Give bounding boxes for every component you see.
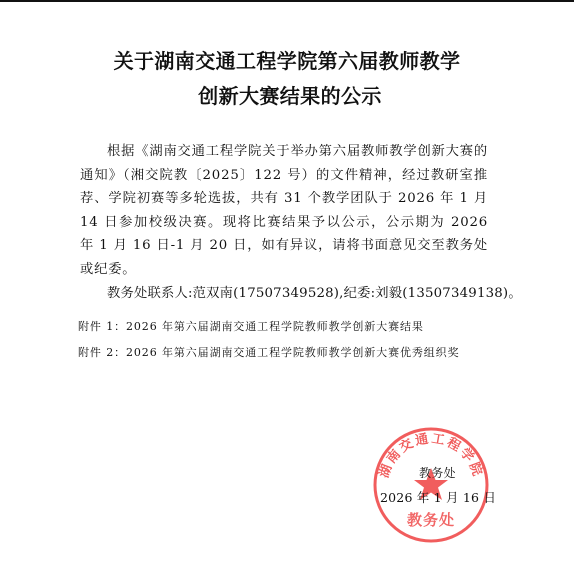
document-body: 根据《湖南交通工程学院关于举办第六届教师教学创新大赛的通知》（湘交院教〔2025… [80, 140, 488, 306]
attachment-1-link[interactable]: 附件 1：2026 年第六届湖南交通工程学院教师教学创新大赛结果 [78, 318, 424, 334]
top-border [0, 0, 574, 2]
document-title-line2: 创新大赛结果的公示 [3, 80, 574, 109]
official-seal: 湖南交通工程学院 教务处 [372, 426, 490, 544]
contact-line: 教务处联系人:范双南(17507349528),纪委:刘毅(1350734913… [80, 282, 488, 306]
attachment-2-link[interactable]: 附件 2：2026 年第六届湖南交通工程学院教师教学创新大赛优秀组织奖 [78, 344, 459, 360]
document-title-line1: 关于湖南交通工程学院第六届教师教学 [0, 45, 574, 74]
seal-bottom-text: 教务处 [407, 511, 455, 529]
signature-office: 教务处 [419, 464, 456, 481]
signature-date: 2026 年 1 月 16 日 [380, 488, 496, 506]
main-paragraph: 根据《湖南交通工程学院关于举办第六届教师教学创新大赛的通知》（湘交院教〔2025… [80, 140, 488, 281]
